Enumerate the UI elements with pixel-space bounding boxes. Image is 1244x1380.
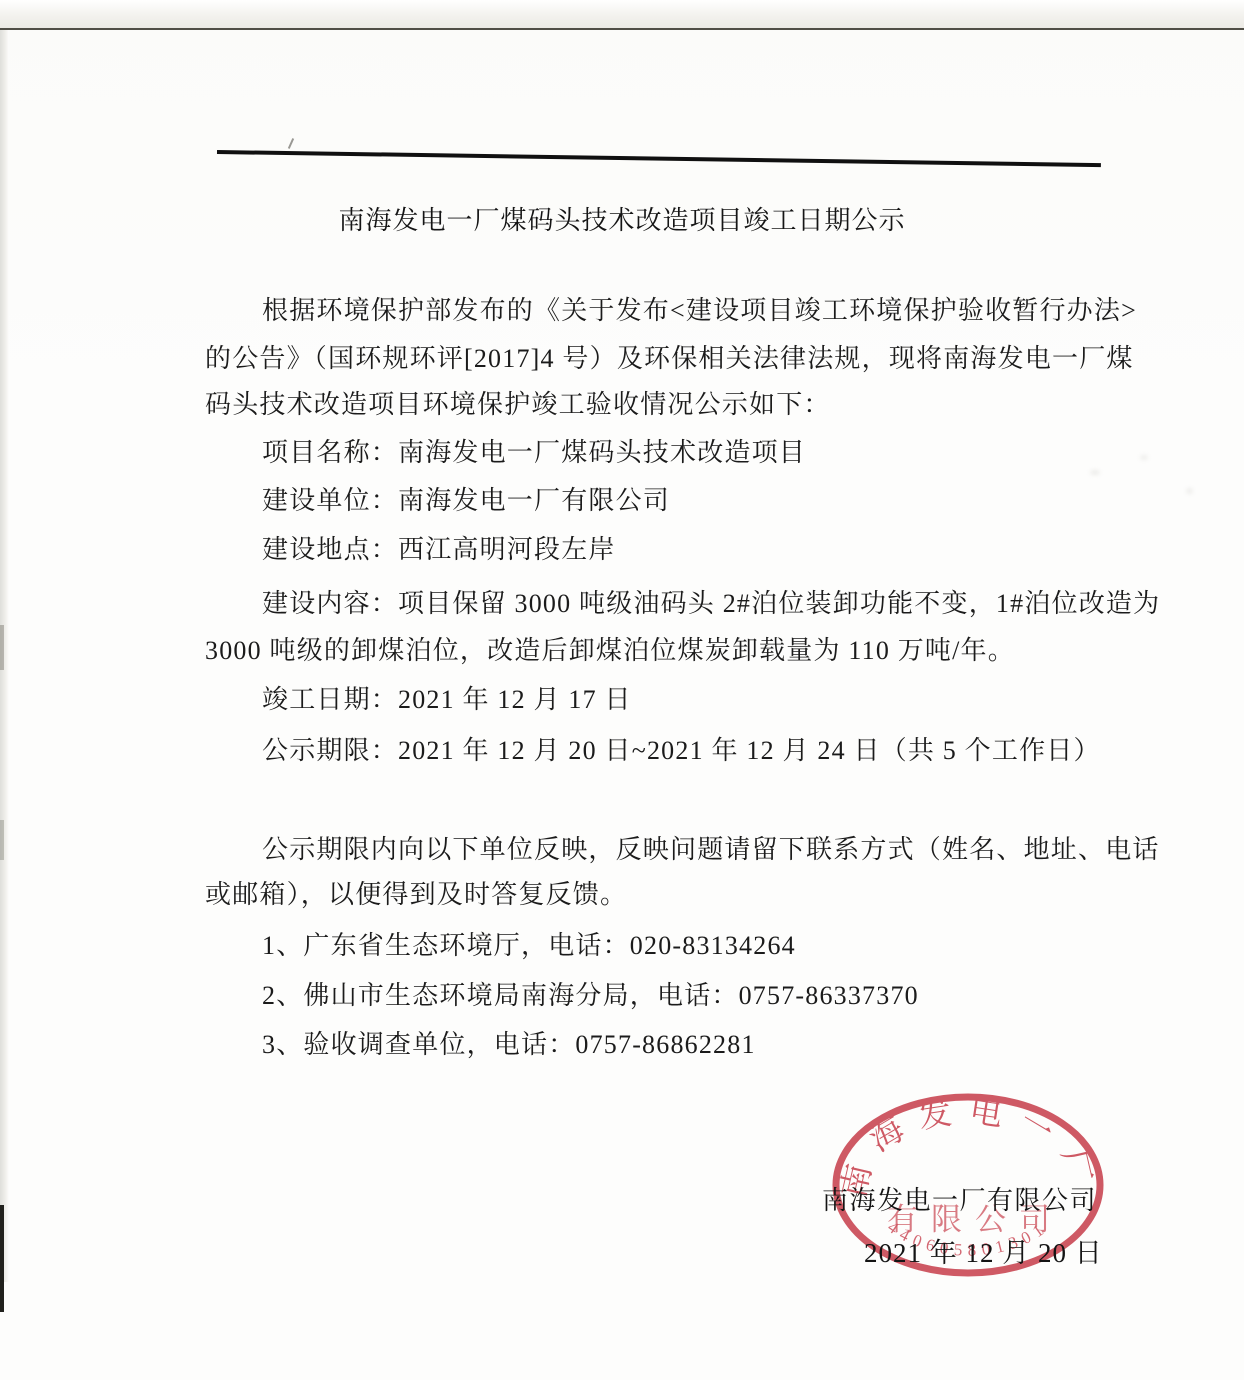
contact-item-1: 1、广东省生态环境厅，电话：020-83134264 (262, 925, 796, 962)
scan-speck (288, 138, 294, 149)
builder-line: 建设单位：南海发电一厂有限公司 (262, 480, 670, 517)
scan-smudge (1140, 455, 1148, 460)
paragraph-intro-line-3: 码头技术改造项目环境保护竣工验收情况公示如下： (205, 384, 831, 421)
content-line-1: 建设内容：项目保留 3000 吨级油码头 2#泊位装卸功能不变，1#泊位改造为 (262, 583, 1160, 620)
scanned-document-page: 南海发电一厂煤码头技术改造项目竣工日期公示 根据环境保护部发布的《关于发布<建设… (0, 0, 1244, 1380)
paragraph-intro-line-2: 的公告》（国环规环评[2017]4 号）及环保相关法律法规，现将南海发电一厂煤 (205, 338, 1134, 375)
contact-item-2: 2、佛山市生态环境局南海分局，电话：0757-86337370 (262, 975, 919, 1012)
feedback-line-2: 或邮箱），以便得到及时答复反馈。 (205, 874, 627, 911)
content-line-2: 3000 吨级的卸煤泊位，改造后卸煤泊位煤炭卸载量为 110 万吨/年。 (205, 630, 1015, 667)
scan-top-edge (0, 0, 1244, 30)
completion-date-line: 竣工日期：2021 年 12 月 17 日 (262, 679, 632, 716)
scan-edge-mark (0, 820, 4, 860)
location-line: 建设地点：西江高明河段左岸 (262, 529, 616, 566)
contact-item-3: 3、验收调查单位，电话：0757-86862281 (262, 1024, 756, 1061)
paragraph-intro-line-1: 根据环境保护部发布的《关于发布<建设项目竣工环境保护验收暂行办法> (262, 290, 1137, 327)
heading-divider-rule (217, 150, 1101, 167)
scan-edge-mark (0, 625, 4, 670)
feedback-line-1: 公示期限内向以下单位反映，反映问题请留下联系方式（姓名、地址、电话 (262, 829, 1160, 866)
scan-smudge (1090, 470, 1100, 475)
notice-period-line: 公示期限：2021 年 12 月 20 日~2021 年 12 月 24 日（共… (262, 730, 1101, 767)
scan-smudge (1186, 488, 1193, 494)
scan-edge-mark (0, 1205, 4, 1312)
project-name-line: 项目名称：南海发电一厂煤码头技术改造项目 (262, 432, 806, 469)
signature-date: 2021 年 12 月 20 日 (864, 1231, 1103, 1270)
document-title: 南海发电一厂煤码头技术改造项目竣工日期公示 (0, 200, 1244, 237)
signature-company-name: 南海发电一厂有限公司 (822, 1180, 1097, 1217)
